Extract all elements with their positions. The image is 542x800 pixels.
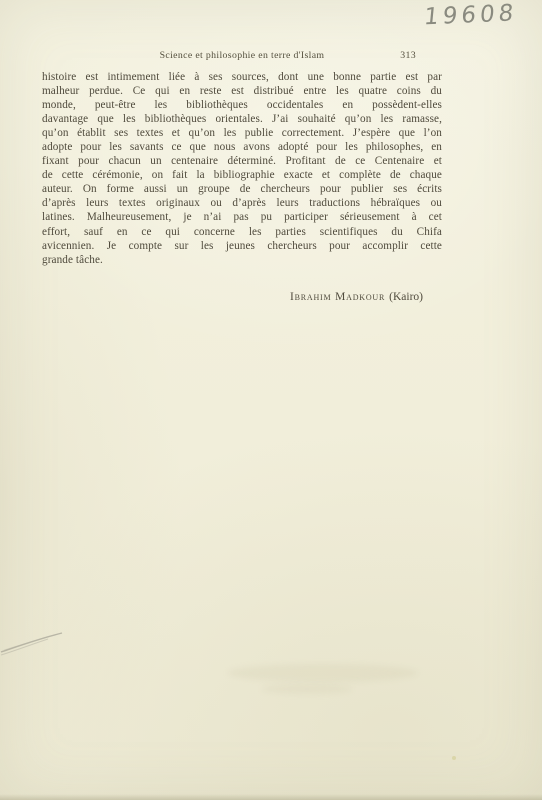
author-name: Ibrahim Madkour: [290, 291, 385, 303]
text-line: effort, sauf en ce qui concerne les part…: [42, 225, 442, 239]
text-line: monde, peut-être les bibliothèques occid…: [42, 98, 442, 112]
scanned-book-page: 19608 Science et philosophie en terre d'…: [0, 0, 542, 800]
running-title: Science et philosophie en terre d'Islam: [42, 49, 442, 63]
text-line: fixant pour chacun un centenaire détermi…: [42, 154, 442, 168]
handwritten-catalog-number: 19608: [423, 0, 536, 32]
body-text: histoire est intimement liée à ses sourc…: [42, 70, 442, 267]
text-line: adopte pour les savants ce que nous avon…: [42, 140, 442, 154]
running-header: Science et philosophie en terre d'Islam …: [42, 49, 442, 65]
text-line: malheur perdue. Ce qui en reste est dist…: [42, 84, 442, 98]
faint-smudge: [262, 684, 352, 694]
text-line: davantage que les bibliothèques oriental…: [42, 112, 442, 126]
text-line: avicennien. Je compte sur les jeunes che…: [42, 239, 442, 253]
text-line: latines. Malheureusement, je n’ai pas pu…: [42, 210, 442, 224]
signature-line: Ibrahim Madkour(Kairo): [42, 291, 442, 303]
text-line: auteur. On forme aussi un groupe de cher…: [42, 182, 442, 196]
text-line: qu’on établit ses textes et qu’on les pu…: [42, 126, 442, 140]
text-line: de cette cérémonie, on fait la bibliogra…: [42, 168, 442, 182]
text-line: d’après leurs textes originaux ou d’aprè…: [42, 196, 442, 210]
author-location: (Kairo): [389, 291, 423, 303]
text-line: grande tâche.: [42, 253, 442, 267]
paper-speck: [452, 756, 456, 760]
pencil-scratch-mark: [0, 626, 80, 660]
faint-smudge: [228, 664, 418, 682]
text-line: histoire est intimement liée à ses sourc…: [42, 70, 442, 84]
page-number: 313: [400, 49, 416, 63]
